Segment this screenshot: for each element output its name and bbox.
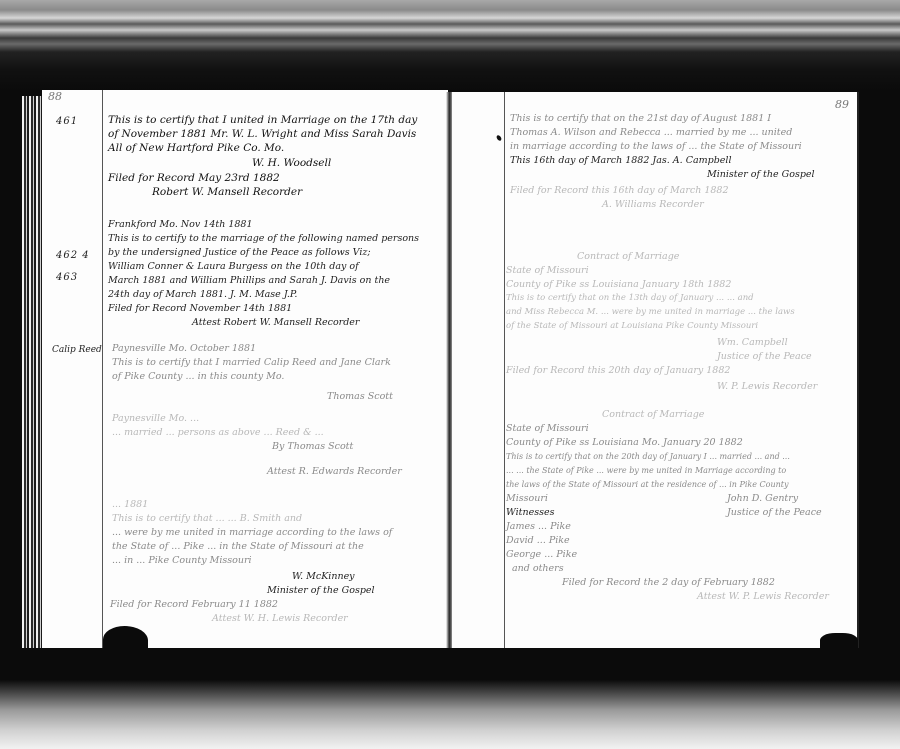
entry-line: State of Missouri (506, 264, 589, 277)
officiant-signature: John D. Gentry (727, 492, 798, 505)
entry-line: State of Missouri (506, 422, 589, 435)
officiant-title: Justice of the Peace (727, 506, 822, 519)
officiant-title: Minister of the Gospel (267, 584, 375, 597)
filed-line: Filed for Record this 16th day of March … (510, 184, 729, 197)
entry-line: and Miss Rebecca M. ... were by me unite… (506, 306, 795, 319)
entry-line: ... in ... Pike County Missouri (112, 554, 252, 567)
by-signature: By Thomas Scott (272, 440, 353, 453)
entry-line: the laws of the State of Missouri at the… (506, 478, 789, 491)
entry-line: This is to certify that on the 21st day … (510, 112, 771, 125)
recorder-signature: A. Williams Recorder (602, 198, 704, 211)
officiant-signature: Thomas Scott (327, 390, 393, 403)
entry-line: County of Pike ss Louisiana January 18th… (506, 278, 731, 291)
entry-line: This is to certify that ... ... B. Smith… (112, 512, 302, 525)
recorder-signature: Robert W. Mansell Recorder (152, 186, 302, 199)
entry-line: 24th day of March 1881. J. M. Mase J.P. (108, 288, 297, 301)
entry-line: ... married ... persons as above ... Ree… (112, 426, 324, 439)
officiant-title: Justice of the Peace (717, 350, 812, 363)
recorder-signature: Attest W. P. Lewis Recorder (697, 590, 829, 603)
section-heading: Contract of Marriage (602, 408, 704, 421)
entry-line: This 16th day of March 1882 Jas. A. Camp… (510, 154, 732, 167)
scanner-top-edge (0, 0, 900, 90)
witness-name: David ... Pike (506, 534, 570, 547)
entry-line: Filed for Record November 14th 1881 (108, 302, 292, 315)
entry-line: March 1881 and William Phillips and Sara… (108, 274, 390, 287)
filed-line: Filed for Record this 20th day of Januar… (506, 364, 730, 377)
left-page: 88 461 This is to certify that I united … (42, 90, 448, 648)
entry-line: This is to certify that on the 20th day … (506, 450, 790, 463)
attest-line: Attest R. Edwards Recorder (267, 465, 402, 478)
entry-line: Missouri (506, 492, 548, 505)
scanner-bottom-edge (0, 680, 900, 749)
entry-line: of November 1881 Mr. W. L. Wright and Mi… (108, 128, 416, 141)
page-edges-stack (22, 96, 42, 648)
entry-line: This is to certify that on the 13th day … (506, 292, 754, 305)
witness-name: James ... Pike (506, 520, 571, 533)
entry-line: Frankford Mo. Nov 14th 1881 (108, 218, 253, 231)
recorder-signature: Attest W. H. Lewis Recorder (212, 612, 348, 625)
page-number: 88 (48, 90, 62, 103)
entry-line: This is to certify that I united in Marr… (108, 114, 417, 127)
filed-line: Filed for Record February 11 1882 (110, 598, 278, 611)
entry-line: Thomas A. Wilson and Rebecca ... married… (510, 126, 792, 139)
entry-line: by the undersigned Justice of the Peace … (108, 246, 371, 259)
entry-line: Paynesville Mo. ... (112, 412, 199, 425)
entry-line: This is to certify to the marriage of th… (108, 232, 419, 245)
witness-name: George ... Pike (506, 548, 577, 561)
page-number: 89 (835, 98, 849, 111)
witness-name: and others (512, 562, 564, 575)
entry-line: ... 1881 (112, 498, 148, 511)
entry-line: County of Pike ss Louisiana Mo. January … (506, 436, 743, 449)
entry-line: William Conner & Laura Burgess on the 10… (108, 260, 359, 273)
right-page: 89 This is to certify that on the 21st d… (452, 92, 859, 648)
margin-rule (504, 92, 505, 648)
ink-blot (820, 633, 858, 651)
recorder-signature: W. P. Lewis Recorder (717, 380, 817, 393)
officiant-signature: W. McKinney (292, 570, 355, 583)
witnesses-label: Witnesses (506, 506, 554, 519)
entry-line: ... ... the State of Pike ... were by me… (506, 464, 786, 477)
filed-line: Filed for Record May 23rd 1882 (108, 172, 280, 185)
entry-line: All of New Hartford Pike Co. Mo. (108, 142, 284, 155)
entry-line: ... were by me united in marriage accord… (112, 526, 392, 539)
officiant-title: Minister of the Gospel (707, 168, 815, 181)
officiant-signature: Wm. Campbell (717, 336, 788, 349)
entry-line: of the State of Missouri at Louisiana Pi… (506, 320, 758, 333)
officiant-signature: W. H. Woodsell (252, 157, 331, 170)
entry-number: 462 4 (56, 250, 90, 261)
margin-rule (102, 90, 103, 648)
entry-name: Calip Reed (52, 345, 102, 355)
section-heading: Contract of Marriage (577, 250, 679, 263)
entry-number: 463 (56, 272, 78, 283)
entry-line: of Pike County ... in this county Mo. (112, 370, 284, 383)
entry-number: 461 (56, 116, 78, 127)
filed-line: Filed for Record the 2 day of February 1… (562, 576, 775, 589)
ink-blot (103, 626, 148, 654)
attest-line: Attest Robert W. Mansell Recorder (192, 316, 359, 329)
entry-line: This is to certify that I married Calip … (112, 356, 391, 369)
entry-line: the State of ... Pike ... in the State o… (112, 540, 364, 553)
entry-line: in marriage according to the laws of ...… (510, 140, 802, 153)
entry-line: Paynesville Mo. October 1881 (112, 342, 256, 355)
